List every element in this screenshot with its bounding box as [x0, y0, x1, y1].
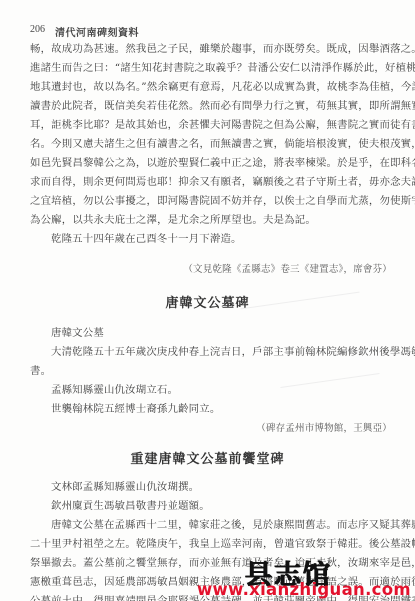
text-line: 書。 — [30, 364, 392, 378]
source-citation: （文見乾隆《孟縣志》卷三《建置志》，席會芬） — [30, 263, 392, 277]
text-line: 畅，故成功為甚速。然我邑之子民，雖樂於趨事，而亦既勞矣。既成，因舉酒落之。余遂 — [30, 42, 392, 56]
text-line: 二十里尹村祖塋之左。乾隆庚午，我皇上巡幸河南，曾遣官致祭于韓莊。後公墓設帽將事， — [30, 537, 392, 551]
text-line: 唐韓文公墓在孟縣西十二里，韓家莊之後，見於康熙間舊志。而志序又疑其葬縣西北 — [30, 518, 392, 532]
text-line: 大清乾隆五十五年歲次庚戌仲春上浣吉日，戶部主事前翰林院編修欽州後學馮敏昌敬 — [30, 345, 392, 359]
date-line: 乾隆五十四年歲在己酉冬十一月下澣造。 — [30, 232, 392, 246]
text-line: 孟縣知縣靈山仇汝瑚立石。 — [30, 383, 392, 397]
text-line: 文林郎孟縣知縣靈山仇汝瑚撰。 — [30, 480, 392, 494]
book-title: 清代河南碑刻資料 — [55, 24, 139, 39]
watermark-url[interactable]: www.xianzhiguan.com — [197, 580, 411, 599]
text-line: 唐韓文公墓 — [30, 326, 392, 340]
text-line: 名。今則又慮夫諸生之但有讀書之名，而無讀書之實，倘能培根浚實，使夫根茂實，遂有 — [30, 137, 392, 151]
page-number: 206 — [30, 24, 45, 39]
text-line: 為公廨，以共永夫庇士之澤，是尤余之所厚望也。夫是為記。 — [30, 213, 392, 227]
text-line: 如邑先賢昌黎韓公之為，以遊於聖賢仁義中正之途，將表率楝梁。於是乎，在即科名亦不 — [30, 156, 392, 170]
text-line: 祭畢撤去。蓋公墓前之饗堂無存，而亦並無有道及者矣。迨丁未秋，汝瑚來宰是邑，隨奉 — [30, 556, 392, 570]
section-title: 重建唐韓文公墓前饗堂碑 — [0, 448, 415, 467]
text-line: 耳，詎桃李比耶？是故其始也，余甚懼夫河陽書院之但為公廨，無書院之實而徒有書院之 — [30, 118, 392, 132]
section-title: 唐韓文公墓碑 — [0, 292, 415, 311]
source-citation: （碑存孟州市博物館，王興亞） — [30, 422, 392, 436]
text-line: 之宜培植，勿以公事擾之，即河陽書院固不妨并存，以俟士之自學而尤蒸，勿使斯宇之又 — [30, 194, 392, 208]
text-line: 欽州廩貢生馮敏昌敬書丹並題額。 — [30, 499, 392, 513]
text-line: 讀書於此院者，既信美矣若佳花然。然而必有問學力行之實，苟無其實，即所謂無實之花 — [30, 99, 392, 113]
document-page: 206 清代河南碑刻資料 畅，故成功為甚速。然我邑之子民，雖樂於趨事，而亦既勞矣… — [0, 0, 415, 601]
text-line: 世襲翰林院五經博士裔孫九齡同立。 — [30, 402, 392, 416]
text-line: 求而自得，則余更何問焉也耶！抑余又有願者，竊願後之君子守斯土者，毋亦念夫讀書者 — [30, 175, 392, 189]
page-header: 206 清代河南碑刻資料 — [30, 24, 139, 39]
text-line: 進諸生而告之曰：“諸生知花封書院之取義乎？昔潘公安仁以清淨作縣於此，好植桃李，茲 — [30, 61, 392, 75]
text-line: 地其遺封也，故以為名。”然余竊更有意焉，凡花必以成實為貴，故桃李為佳植，今諸生之 — [30, 80, 392, 94]
